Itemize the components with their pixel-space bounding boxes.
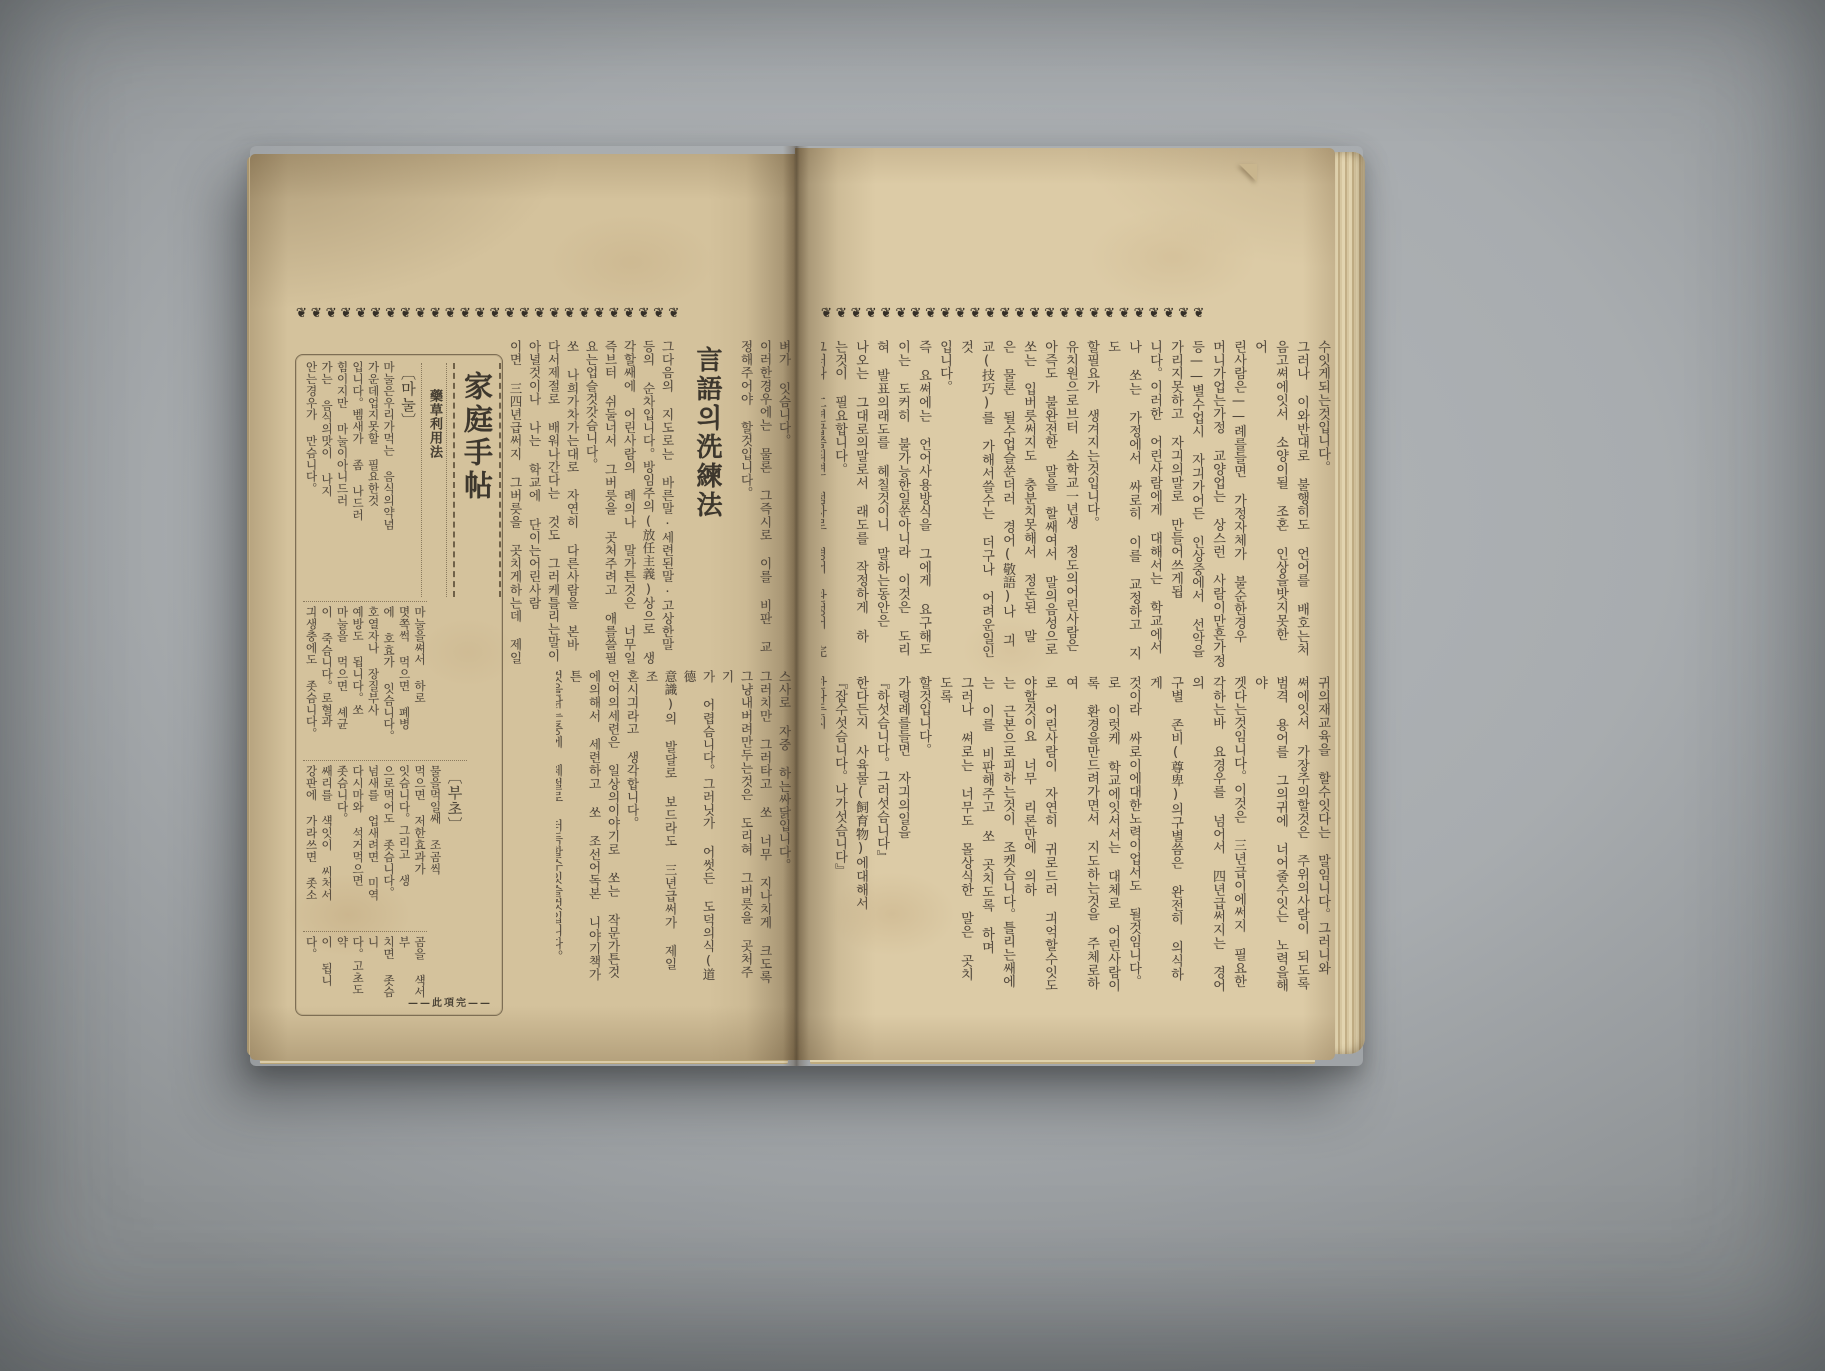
text-column: 유치원으로브터 소학교一년생 정도의어린사람은: [1060, 340, 1081, 668]
column-group: 그다음의 지도로는 바른말·세련된말·고상한말등의 순차입니다。방임주의(放任主…: [506, 340, 677, 674]
box-subtitle: 藥草利用法: [421, 363, 447, 597]
text-column: 좃슴니다。: [334, 765, 350, 927]
article-top-band: 수잇게되는것입니다。그러나 이와반대로 불행히도 언어를 배호는처음고쎠에잇서 …: [821, 340, 1333, 668]
article-top-band: 벼가 잇슴니다。이러한경우에는 물론 그즉시로 이를 비판 교정해주어야 할것입…: [490, 340, 794, 674]
text-column: 으로먹어도 좃슴니다。: [381, 765, 397, 927]
text-column: 쏘는 입버릇써지도 충분치못해서 정돈된 말: [1018, 340, 1039, 668]
section-heading-manul: 〔마눌〕: [399, 363, 417, 597]
text-column: 입니다。: [934, 340, 955, 668]
text-column: 나 쏘는 가정에서 싸로히 이를 교정하고 지도: [1102, 340, 1144, 668]
text-column: 다。고초도 약: [334, 936, 365, 1002]
text-column: 혼시긔라고 생각합니다。: [623, 670, 642, 990]
text-column: 가령례를들면 자긔의일을: [892, 676, 913, 994]
text-column: 즉 요쎠에는 언어사용방식을 그에게 요구해도: [913, 340, 934, 668]
text-column: 린사람은——례를들면 가정자체가 불순한경우: [1228, 340, 1249, 668]
text-column: 벼가 잇슴니다。: [775, 340, 794, 674]
text-column: 혀 발표의래도를 헤칠것이니 말하는동안은: [871, 340, 892, 668]
text-column: 아녈것이나 나는 학교에 단이는어린사람: [525, 340, 544, 674]
text-column: 그냥내버려만두는것은 도리혀 그버릇을 곳처주기: [718, 670, 756, 990]
text-column: 쏘 나희가차가는대로 자연히 다른사람을 본바: [563, 340, 582, 674]
text-column: 는 이를 비판해주고 쏘 곳치도록 하며: [976, 676, 997, 994]
text-column: 나오는 그대로의말로서 래도를 작정하게 하: [850, 340, 871, 668]
text-column: 곰을 섁서 부: [396, 936, 427, 1002]
text-column: 이 됩니다。: [303, 936, 334, 1002]
text-column: 가는 음식의맛이 나지: [319, 361, 335, 597]
text-column: 겟다는것임니다。이것은 三년급이에써지 필요한: [1228, 676, 1249, 994]
text-column: 구별 존비(尊卑)의구별씀은 완전히 의식하게: [1144, 676, 1186, 994]
text-column: 마눌을 먹으면 셰균: [334, 606, 350, 756]
text-column: 안는경우가 만슴니다。: [303, 361, 319, 597]
text-column: 할필요가 생겨지는것입니다。: [1081, 340, 1102, 668]
text-column: 은 물론 될수업슬쑨더러 경어(敬語)나 긔: [997, 340, 1018, 668]
text-column: 마눌은우리가먹는 음식의약념: [381, 361, 397, 597]
text-column: 쌔리를 섁잇이 씨처서: [319, 765, 335, 927]
article-bottom-band: 스사로 자중 하는싸닭입니다。그러치만 그러타고 쏘 너무 지나치게 크도록그냥…: [556, 670, 794, 990]
text-column: 등——별수업시 자긔가어든 인상중에서 선악을: [1186, 340, 1207, 668]
text-column: 할것입니다。: [913, 676, 934, 994]
text-column: 힘이지만 마눌이아니드러: [334, 361, 350, 597]
section-heading-bucho: 〔부초〕: [446, 767, 464, 927]
text-column: 로 어린사람이 자연히 귀로드러 긔억할수잇도: [1039, 676, 1060, 994]
text-column: 에 호효가 잇슴니다。: [381, 606, 397, 756]
article-bottom-band: 귀의재교육을 할수잇다는 말임니다。그러니와쎠에잇서 가장주의할것은 주위의사람…: [821, 676, 1333, 994]
text-column: 것을낡는중에 제절로 터득할수잇슬것입니다。: [556, 670, 566, 990]
text-column: 넘새를 업새려면 미역: [365, 765, 381, 927]
text-column: 록 환경을만드려가면서 지도하는것을 주체로하여: [1060, 676, 1102, 994]
text-column: 먹으면 저한효과가: [412, 765, 428, 927]
text-column: 머니가업는가정 교양업는 상스런 사람이만흔가정: [1207, 340, 1228, 668]
text-column: 『잡수섯슴니다。나가섯슴니다』: [829, 676, 850, 994]
text-column: 입니다。벰새가 좀 나드러: [350, 361, 366, 597]
text-column: 그러나 이와반대로 불행히도 언어를 배호는처: [1291, 340, 1312, 668]
text-column: 이면 三四년급써지 그버릇을 곳치게하는데 제일: [506, 340, 525, 674]
article-title: 言語의洗練法: [687, 346, 727, 674]
text-column: 예방도 됩니다。쏘: [350, 606, 366, 756]
text-column: 이 죽슴니다。로혈과: [319, 606, 335, 756]
text-column: 이러한경우에는 물론 그즉시로 이를 비판 교: [756, 340, 775, 674]
fleuron-border: ❦❦❦❦❦❦❦❦❦❦❦❦❦❦❦❦❦❦❦❦❦❦❦❦❦❦: [821, 306, 1267, 324]
box-section-manul-cont: 마눌을쎠서 하로몃쪽썩 먹으면 폐병에 호효가 잇슴니다。호열자나 장질부사예방…: [303, 601, 427, 756]
text-column: 아즉도 불완전한 말을 할쌔여서 말의음성으로: [1039, 340, 1060, 668]
photo-background: ❦❦❦❦❦❦❦❦❦❦❦❦❦❦❦❦❦❦❦❦❦❦❦❦❦❦ 벼가 잇슴니다。이러한경우…: [0, 0, 1825, 1371]
text-column: 정해주어야 할것입니다。: [737, 340, 756, 674]
text-column: 로 이럿케 학교에잇서서는 대체로 어린사람이: [1102, 676, 1123, 994]
text-column: 스사로 자중 하는싸닭입니다。: [775, 670, 794, 990]
text-column: 등의 순차입니다。방임주의(放任主義)상으로 생: [639, 340, 658, 674]
text-column: 각할쌔에 어린사람의 례의나 말가튼것은 너무일: [620, 340, 639, 674]
section-end-mark: ——此項完——: [408, 994, 492, 1009]
left-page: ❦❦❦❦❦❦❦❦❦❦❦❦❦❦❦❦❦❦❦❦❦❦❦❦❦❦ 벼가 잇슴니다。이러한경우…: [250, 154, 795, 1060]
text-column: 야할것이요 너무 리론만에 의하: [1018, 676, 1039, 994]
box-title: 家庭手帖: [460, 371, 494, 589]
text-column: 범격 용어를 그의귀에 너어줄수잇는 노력을해야: [1249, 676, 1291, 994]
text-column: 그러치만 그러타고 쏘 너무 지나치게 크도록: [756, 670, 775, 990]
text-column: 그러나 쎠로는 너무도 몰상식한 말은 곳치도록: [934, 676, 976, 994]
text-column: 요는업슬것갓슴니다。: [582, 340, 601, 674]
text-column: 이는 도커히 불가능한일쑨아니라 이것은 도리: [892, 340, 913, 668]
text-column: 가 어렵슴니다。그러닛가 어썻든 도덕의식(道德: [680, 670, 718, 990]
text-column: 한다든지 사육물(飼育物)에대해서: [850, 676, 871, 994]
fleuron-border: ❦❦❦❦❦❦❦❦❦❦❦❦❦❦❦❦❦❦❦❦❦❦❦❦❦❦: [296, 306, 742, 324]
box-section-manul: 家庭手帖 藥草利用法 〔마눌〕 마눌은우리가먹는 음식의약념가운데업지못할 필요…: [303, 361, 503, 597]
text-column: 는것이 필요합니다。: [829, 340, 850, 668]
text-column: 치면 좃슴니: [365, 936, 396, 1002]
text-column: 는 근본으로피하는것이 조켓슴니다。틀리는쌔에: [997, 676, 1018, 994]
text-column: 몃쪽썩 먹으면 폐병: [396, 606, 412, 756]
text-column: 쎠에잇서 가장주의할것은 주위의사람이 되도록: [1291, 676, 1312, 994]
text-column: 意識)의 발달로 보드라도 三년급써가 제일 조: [642, 670, 680, 990]
column-group: 물을먹일쌔 조곰씩먹으면 저한효과가잇슴니다。그리고 생으로먹어도 좃슴니다。넘…: [303, 765, 443, 927]
dog-ear-fold: [1239, 164, 1257, 182]
box-title-frame: 家庭手帖: [453, 363, 501, 597]
text-column: 다시마와 석거먹으면: [350, 765, 366, 927]
column-group: 벼가 잇슴니다。이러한경우에는 물론 그즉시로 이를 비판 교정해주어야 할것입…: [737, 340, 794, 674]
text-column: 귀의재교육을 할수잇다는 말임니다。그러니와: [1312, 676, 1333, 994]
page-stack-edge-right: [1335, 152, 1365, 1054]
text-column: 호열자나 장질부사: [365, 606, 381, 756]
open-book: ❦❦❦❦❦❦❦❦❦❦❦❦❦❦❦❦❦❦❦❦❦❦❦❦❦❦ 벼가 잇슴니다。이러한경우…: [250, 146, 1363, 1066]
text-column: 다서제절로 배워나간다는 것도 그러케틀리는말이: [544, 340, 563, 674]
text-column: 물을먹일쌔 조곰씩: [427, 765, 443, 927]
text-column: 에의해서 세련하고 쏘 조선어독본 니야기책가튼: [566, 670, 604, 990]
text-column: 수잇게되는것입니다。: [1312, 340, 1333, 668]
box-section-tail: 곰을 섁서 부치면 좃슴니다。고초도 약이 됩니다。: [303, 931, 427, 1002]
text-column: 음고쎠에잇서 소양이될 조혼 인상을밧지못한 어: [1249, 340, 1291, 668]
text-column: 긔생충에도 좃슴니다。: [303, 606, 319, 756]
text-column: 즉브터 쉬둘너서 그버릇을 곳처주려고 애를쓸필: [601, 340, 620, 674]
text-column: 그러나 二년급쯤되면 점차로 경어·완성어(完: [821, 340, 829, 668]
text-column: 그다음의 지도로는 바른말·세련된말·고상한말: [658, 340, 677, 674]
text-column: 마눌을쎠서 하로: [412, 606, 428, 756]
text-column: 것이라 싸로이에대한노력이업서도 될것임니다。: [1123, 676, 1144, 994]
text-column: 언어의세련은 일상의이야기로 쏘는 작문가튼것: [604, 670, 623, 990]
text-column: 가운데업지못할 필요한것: [365, 361, 381, 597]
text-column: 한다든지: [821, 676, 829, 994]
text-column: 교(技巧)를 가해서쓸수는 더구나 어려운일인것: [955, 340, 997, 668]
text-column: 니다。이러한 어린사람에게 대해서는 학교에서: [1144, 340, 1165, 668]
text-column: 잇슴니다。그리고 생: [396, 765, 412, 927]
text-column: 강판에 가라쓰면 좃소: [303, 765, 319, 927]
right-page: ❦❦❦❦❦❦❦❦❦❦❦❦❦❦❦❦❦❦❦❦❦❦❦❦❦❦ 수잇게되는것입니다。그러나…: [795, 148, 1335, 1060]
household-notes-box: 家庭手帖 藥草利用法 〔마눌〕 마눌은우리가먹는 음식의약념가운데업지못할 필요…: [295, 354, 503, 1016]
text-column: 『하섯슴니다。그러섯슴니다』: [871, 676, 892, 994]
text-column: 각하는바 요경우를 넘어서 四년급써지는 경어의: [1186, 676, 1228, 994]
text-column: 가리지못하고 자긔의말로 만들어쓰게됩: [1165, 340, 1186, 668]
column-group: 마눌은우리가먹는 음식의약념가운데업지못할 필요한것입니다。벰새가 좀 나드러힘…: [303, 361, 396, 597]
box-section-bucho: 〔부초〕 물을먹일쌔 조곰씩먹으면 저한효과가잇슴니다。그리고 생으로먹어도 좃…: [303, 760, 467, 927]
